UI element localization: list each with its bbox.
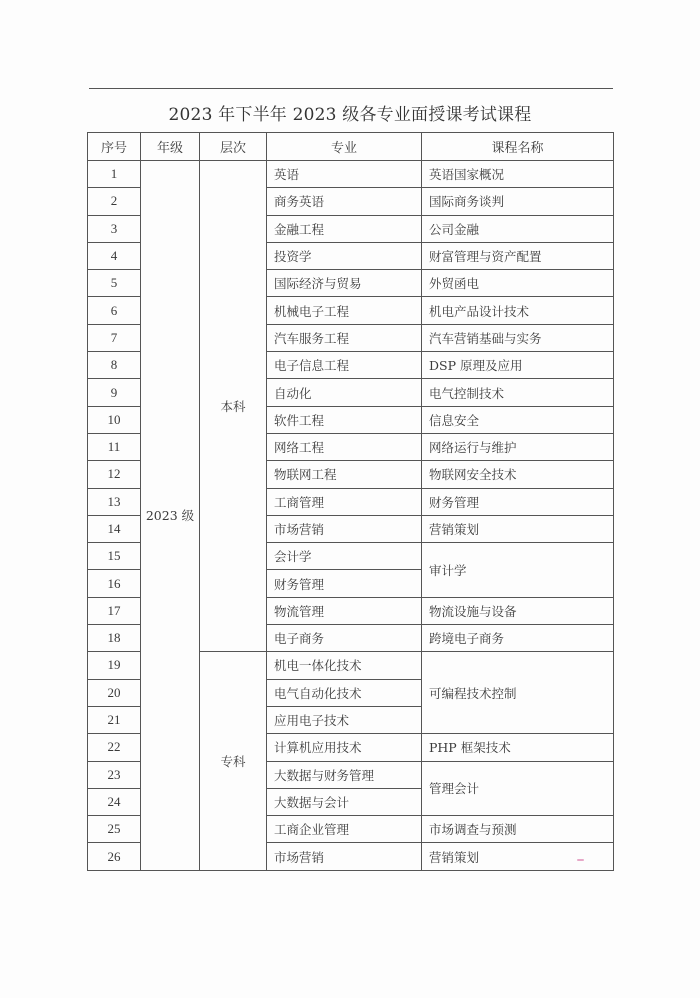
header-level: 层次	[200, 133, 267, 161]
row-no: 19	[88, 652, 141, 679]
row-no: 16	[88, 570, 141, 597]
course-cell: 跨境电子商务	[422, 625, 614, 652]
major-cell: 汽车服务工程	[267, 324, 422, 351]
row-no: 9	[88, 379, 141, 406]
row-no: 4	[88, 242, 141, 269]
row-no: 7	[88, 324, 141, 351]
course-cell: 市场调查与预测	[422, 816, 614, 843]
major-cell: 电气自动化技术	[267, 679, 422, 706]
header-rule	[89, 88, 613, 89]
header-major: 专业	[267, 133, 422, 161]
row-no: 6	[88, 297, 141, 324]
header-grade: 年级	[141, 133, 200, 161]
major-cell: 软件工程	[267, 406, 422, 433]
header-course: 课程名称	[422, 133, 614, 161]
row-no: 8	[88, 352, 141, 379]
course-cell: 管理会计	[422, 761, 614, 816]
course-cell: 物联网安全技术	[422, 461, 614, 488]
table-header-row: 序号 年级 层次 专业 课程名称	[88, 133, 614, 161]
row-no: 10	[88, 406, 141, 433]
major-cell: 物流管理	[267, 597, 422, 624]
major-cell: 大数据与会计	[267, 788, 422, 815]
grade-cell: 2023 级	[141, 161, 200, 871]
document-title: 2023 年下半年 2023 级各专业面授课考试课程	[87, 100, 613, 125]
course-table: 序号 年级 层次 专业 课程名称 1 2023 级 本科 英语 英语国家概况 2…	[87, 132, 614, 871]
major-cell: 机械电子工程	[267, 297, 422, 324]
course-cell: 物流设施与设备	[422, 597, 614, 624]
row-no: 1	[88, 161, 141, 188]
row-no: 18	[88, 625, 141, 652]
major-cell: 大数据与财务管理	[267, 761, 422, 788]
course-cell: 信息安全	[422, 406, 614, 433]
course-cell: 机电产品设计技术	[422, 297, 614, 324]
level-cell-undergrad: 本科	[200, 161, 267, 652]
row-no: 2	[88, 188, 141, 215]
course-cell: 公司金融	[422, 215, 614, 242]
major-cell: 英语	[267, 161, 422, 188]
major-cell: 电子商务	[267, 625, 422, 652]
row-no: 14	[88, 515, 141, 542]
course-cell: 审计学	[422, 543, 614, 598]
header-no: 序号	[88, 133, 141, 161]
major-cell: 应用电子技术	[267, 706, 422, 733]
major-cell: 自动化	[267, 379, 422, 406]
major-cell: 会计学	[267, 543, 422, 570]
row-no: 13	[88, 488, 141, 515]
course-cell: 外贸函电	[422, 270, 614, 297]
major-cell: 市场营销	[267, 515, 422, 542]
course-cell: PHP 框架技术	[422, 734, 614, 761]
row-no: 25	[88, 816, 141, 843]
major-cell: 财务管理	[267, 570, 422, 597]
course-cell: 英语国家概况	[422, 161, 614, 188]
scan-artifact-mark	[577, 859, 584, 861]
major-cell: 工商管理	[267, 488, 422, 515]
row-no: 3	[88, 215, 141, 242]
course-cell: 可编程技术控制	[422, 652, 614, 734]
row-no: 24	[88, 788, 141, 815]
row-no: 12	[88, 461, 141, 488]
course-cell: 财富管理与资产配置	[422, 242, 614, 269]
course-cell: 网络运行与维护	[422, 433, 614, 460]
row-no: 21	[88, 706, 141, 733]
major-cell: 计算机应用技术	[267, 734, 422, 761]
course-cell: 财务管理	[422, 488, 614, 515]
major-cell: 电子信息工程	[267, 352, 422, 379]
course-cell: 营销策划	[422, 843, 614, 870]
course-cell: 电气控制技术	[422, 379, 614, 406]
major-cell: 物联网工程	[267, 461, 422, 488]
row-no: 26	[88, 843, 141, 870]
table-row: 1 2023 级 本科 英语 英语国家概况	[88, 161, 614, 188]
major-cell: 国际经济与贸易	[267, 270, 422, 297]
major-cell: 金融工程	[267, 215, 422, 242]
row-no: 20	[88, 679, 141, 706]
major-cell: 工商企业管理	[267, 816, 422, 843]
course-cell: 营销策划	[422, 515, 614, 542]
row-no: 22	[88, 734, 141, 761]
major-cell: 市场营销	[267, 843, 422, 870]
major-cell: 投资学	[267, 242, 422, 269]
major-cell: 商务英语	[267, 188, 422, 215]
level-cell-junior: 专科	[200, 652, 267, 870]
row-no: 11	[88, 433, 141, 460]
major-cell: 机电一体化技术	[267, 652, 422, 679]
course-cell: DSP 原理及应用	[422, 352, 614, 379]
row-no: 15	[88, 543, 141, 570]
major-cell: 网络工程	[267, 433, 422, 460]
row-no: 5	[88, 270, 141, 297]
row-no: 23	[88, 761, 141, 788]
course-cell: 汽车营销基础与实务	[422, 324, 614, 351]
course-cell: 国际商务谈判	[422, 188, 614, 215]
row-no: 17	[88, 597, 141, 624]
